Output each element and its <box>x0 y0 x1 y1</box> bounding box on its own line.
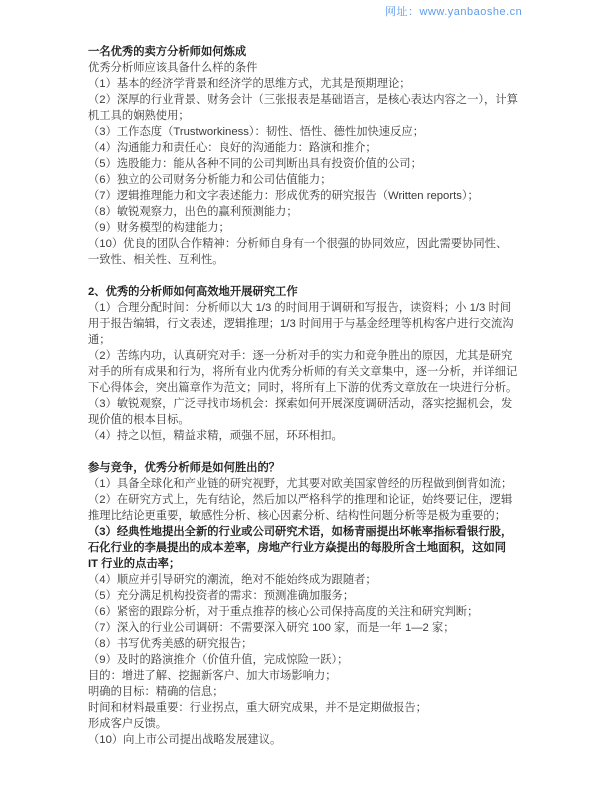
paragraph: （2）苦练内功，认真研究对手：逐一分析对手的实力和竞争胜出的原因，尤其是研究对手… <box>88 348 518 396</box>
section-heading: 一名优秀的卖方分析师如何炼成 <box>88 44 518 60</box>
paragraph: （1）具备全球化和产业链的研究视野，尤其要对欧美国家曾经的历程做到倒背如流； <box>88 476 518 492</box>
paragraph: （2）在研究方式上，先有结论，然后加以严格科学的推理和论证，始终要记住，逻辑推理… <box>88 492 518 524</box>
document-content: 一名优秀的卖方分析师如何炼成优秀分析师应该具备什么样的条件（1）基本的经济学背景… <box>88 44 518 748</box>
paragraph: （7）逻辑推理能力和文字表述能力：形成优秀的研究报告（Written repor… <box>88 188 518 204</box>
section: 2、优秀的分析师如何高效地开展研究工作（1）合理分配时间：分析师以大 1/3 的… <box>88 284 518 444</box>
section-heading: 2、优秀的分析师如何高效地开展研究工作 <box>88 284 518 300</box>
section-heading: 参与竞争，优秀分析师是如何胜出的？ <box>88 460 518 476</box>
paragraph: 优秀分析师应该具备什么样的条件 <box>88 60 518 76</box>
paragraph: 时间和材料最重要：行业拐点，重大研究成果，并不是定期做报告； <box>88 700 518 716</box>
paragraph: （8）书写优秀美感的研究报告； <box>88 636 518 652</box>
paragraph: （8）敏锐观察力，出色的赢利预测能力； <box>88 204 518 220</box>
paragraph: （4）沟通能力和责任心：良好的沟通能力：路演和推介； <box>88 140 518 156</box>
paragraph: 明确的目标：精确的信息； <box>88 684 518 700</box>
paragraph: （3）工作态度（Trustworkiness）：韧性、悟性、德性加快速反应； <box>88 124 518 140</box>
paragraph: （1）合理分配时间：分析师以大 1/3 的时间用于调研和写报告，读资料；小 1/… <box>88 300 518 348</box>
paragraph: （1）基本的经济学背景和经济学的思维方式，尤其是预期理论； <box>88 76 518 92</box>
paragraph: （7）深入的行业公司调研：不需要深入研究 100 家，而是一年 1—2 家； <box>88 620 518 636</box>
paragraph: （10）向上市公司提出战略发展建议。 <box>88 732 518 748</box>
paragraph: （3）敏锐观察，广泛寻找市场机会：探索如何开展深度调研活动，落实挖掘机会，发现价… <box>88 396 518 428</box>
section: 一名优秀的卖方分析师如何炼成优秀分析师应该具备什么样的条件（1）基本的经济学背景… <box>88 44 518 268</box>
paragraph: （9）财务模型的构建能力； <box>88 220 518 236</box>
paragraph: （10）优良的团队合作精神：分析师自身有一个很强的协同效应，因此需要协同性、一致… <box>88 236 518 268</box>
paragraph: （4）持之以恒，精益求精，顽强不屈，环环相扣。 <box>88 428 518 444</box>
document-page: 网址：www.yanbaoshe.cn 一名优秀的卖方分析师如何炼成优秀分析师应… <box>0 0 600 800</box>
section: 参与竞争，优秀分析师是如何胜出的？（1）具备全球化和产业链的研究视野，尤其要对欧… <box>88 460 518 748</box>
paragraph: （6）紧密的跟踪分析，对于重点推荐的核心公司保持高度的关注和研究判断； <box>88 604 518 620</box>
paragraph: （9）及时的路演推介（价值升值，完成惊险一跃）； <box>88 652 518 668</box>
paragraph: （5）充分满足机构投资者的需求：预测准确加服务； <box>88 588 518 604</box>
watermark-url: 网址：www.yanbaoshe.cn <box>385 3 522 19</box>
paragraph: （4）顺应并引导研究的潮流，绝对不能始终成为跟随者； <box>88 572 518 588</box>
paragraph: 形成客户反馈。 <box>88 716 518 732</box>
paragraph: （3）经典性地提出全新的行业或公司研究术语，如杨青丽提出坏帐率指标看银行股，石化… <box>88 524 518 572</box>
paragraph: （5）选股能力：能从各种不同的公司判断出具有投资价值的公司； <box>88 156 518 172</box>
paragraph: （2）深厚的行业背景、财务会计（三张报表是基础语言，是核心表达内容之一），计算机… <box>88 92 518 124</box>
paragraph: （6）独立的公司财务分析能力和公司估值能力； <box>88 172 518 188</box>
paragraph: 目的：增进了解、挖掘新客户、加大市场影响力； <box>88 668 518 684</box>
